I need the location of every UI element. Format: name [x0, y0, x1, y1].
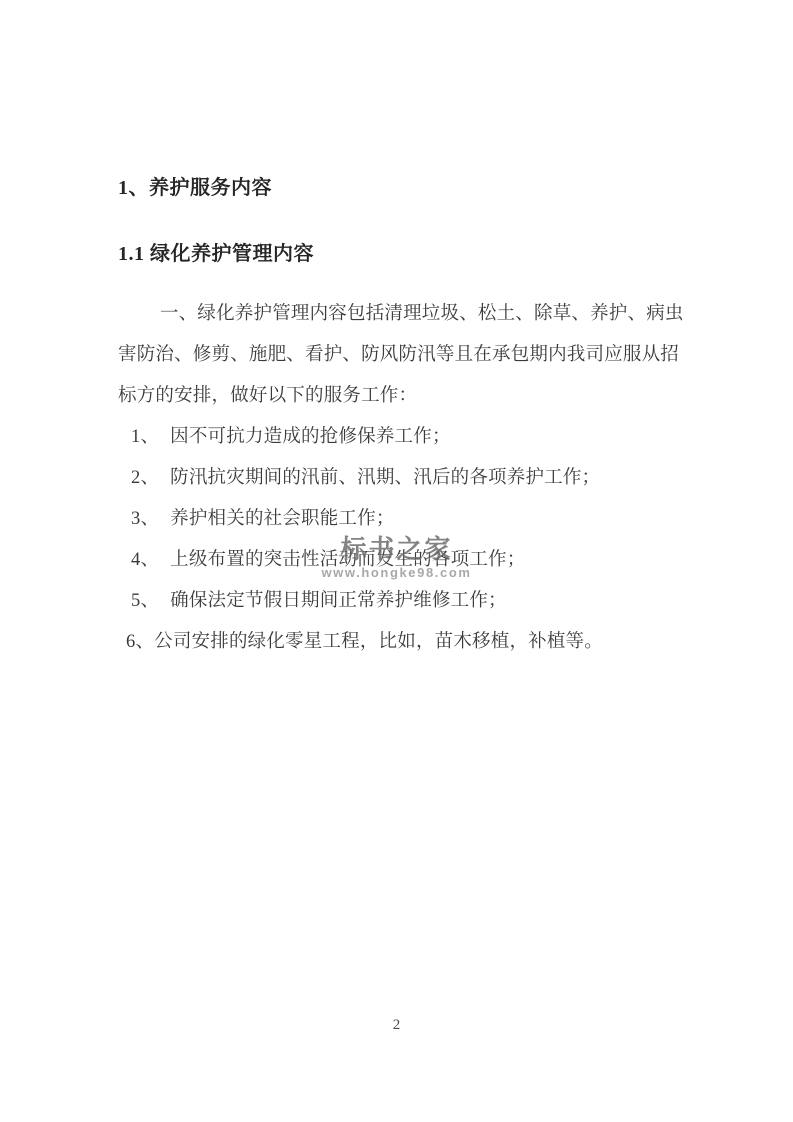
list-item-number: 5、	[131, 581, 159, 622]
list-item-text: 确保法定节假日期间正常养护维修工作；	[170, 591, 507, 611]
list-item-4: 4、上级布置的突击性活动而发生的各项工作；	[131, 540, 683, 581]
list-item-text: 公司安排的绿化零星工程，比如，苗木移植，补植等。	[154, 632, 603, 652]
intro-paragraph: 一、绿化养护管理内容包括清理垃圾、松土、除草、养护、病虫 害防治、修剪、施肥、看…	[118, 294, 683, 417]
list-item-number: 3、	[131, 499, 159, 540]
list-item-text: 上级布置的突击性活动而发生的各项工作；	[170, 550, 525, 570]
list-item-5: 5、确保法定节假日期间正常养护维修工作；	[131, 581, 683, 622]
service-work-list: 1、因不可抗力造成的抢修保养工作； 2、防汛抗灾期间的汛前、汛期、汛后的各项养护…	[118, 417, 683, 663]
list-item-6: 6、公司安排的绿化零星工程，比如，苗木移植，补植等。	[126, 622, 683, 663]
list-item-2: 2、防汛抗灾期间的汛前、汛期、汛后的各项养护工作；	[131, 458, 683, 499]
list-item-3: 3、养护相关的社会职能工作；	[131, 499, 683, 540]
subsection-heading: 1.1 绿化养护管理内容	[118, 242, 683, 266]
list-item-text: 因不可抗力造成的抢修保养工作；	[170, 427, 451, 447]
paragraph-line-2: 害防治、修剪、施肥、看护、防风防汛等且在承包期内我司应服从招	[118, 335, 683, 376]
list-item-number: 4、	[131, 540, 159, 581]
list-item-number: 1、	[131, 417, 159, 458]
document-content: 1、养护服务内容 1.1 绿化养护管理内容 一、绿化养护管理内容包括清理垃圾、松…	[0, 0, 793, 663]
list-item-number: 2、	[131, 458, 159, 499]
list-item-text: 养护相关的社会职能工作；	[170, 509, 394, 529]
list-item-text: 防汛抗灾期间的汛前、汛期、汛后的各项养护工作；	[170, 468, 600, 488]
paragraph-line-1: 一、绿化养护管理内容包括清理垃圾、松土、除草、养护、病虫	[118, 294, 683, 335]
section-heading: 1、养护服务内容	[118, 176, 683, 200]
paragraph-line-3: 标方的安排，做好以下的服务工作：	[118, 376, 683, 417]
list-item-number: 6、	[126, 622, 154, 663]
list-item-1: 1、因不可抗力造成的抢修保养工作；	[131, 417, 683, 458]
page-number: 2	[0, 1016, 793, 1034]
document-page: 1、养护服务内容 1.1 绿化养护管理内容 一、绿化养护管理内容包括清理垃圾、松…	[0, 0, 793, 1122]
